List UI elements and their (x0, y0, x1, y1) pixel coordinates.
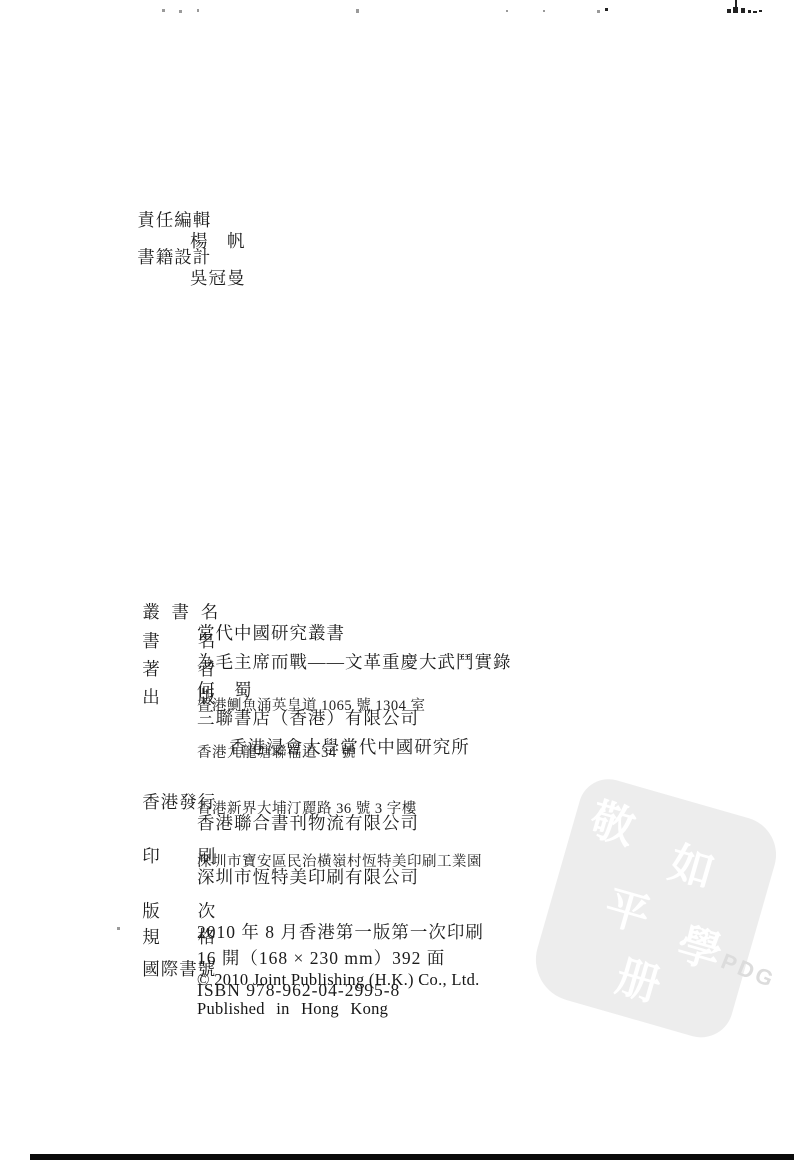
series-value: 當代中國研究叢書 (197, 623, 345, 644)
published-line: Published in Hong Kong (197, 999, 388, 1019)
seal-glyph-icon: 敬 (585, 798, 639, 852)
publisher-address: 香港鰂魚涌英皇道 1065 號 1304 室 (197, 694, 426, 715)
format-value: 16 開（168 × 230 mm）392 面 (197, 948, 445, 969)
designer-name: 吳冠曼 (190, 268, 246, 289)
copyright-line: © 2010 Joint Publishing (H.K.) Co., Ltd. (197, 970, 480, 990)
scan-artifact-bottom-bar (30, 1154, 794, 1160)
edition-value: 2010 年 8 月香港第一版第一次印刷 (197, 922, 484, 943)
seal-glyph-icon: 如 (664, 841, 718, 895)
book-colophon-page: 敬 如 平 學 册 PDG 責任編輯 楊 帆 書籍設計 吳冠曼 (0, 0, 794, 1173)
designer-label: 書籍設計 (137, 247, 211, 268)
title-value: 為毛主席而戰——文革重慶大武鬥實錄 (197, 652, 512, 673)
pdg-watermark-stamp: 敬 如 平 學 册 (526, 772, 785, 1045)
co-publisher-address: 香港九龍塘聯福道 34 號 (197, 741, 356, 762)
distribution-address: 香港新界大埔汀麗路 36 號 3 字樓 (197, 797, 417, 818)
seal-glyph-icon: 平 (600, 885, 654, 939)
seal-glyph-icon: 册 (611, 955, 665, 1009)
credit-row-designer: 書籍設計 吳冠曼 (105, 226, 211, 310)
printing-address: 深圳市寶安區民治橫嶺村恆特美印刷工業園 (197, 850, 482, 871)
